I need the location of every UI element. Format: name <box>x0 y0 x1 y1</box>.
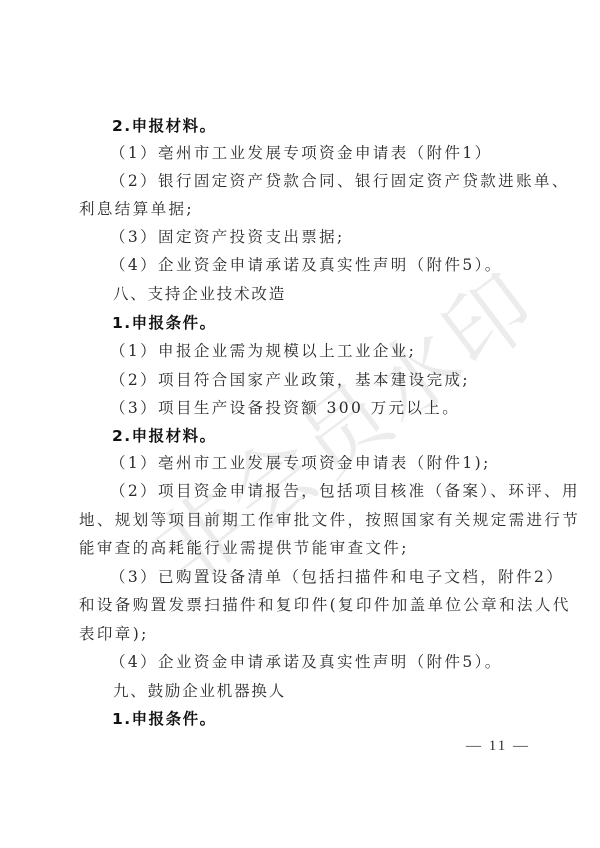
list-item: （3）已购置设备清单（包括扫描件和电子文档，附件2） <box>110 567 564 587</box>
list-item: （2）项目资金申请报告，包括项目核准（备案）、环评、用 <box>110 481 580 501</box>
list-item: （3）项目生产设备投资额 300 万元以上。 <box>110 398 460 418</box>
section-heading-8: 八、支持企业技术改造 <box>113 284 286 304</box>
list-item-continuation: 地、规划等项目前期工作审批文件，按照国家有关规定需进行节 <box>79 510 580 530</box>
section-heading-9: 九、鼓励企业机器换人 <box>113 681 286 701</box>
list-item: （1）亳州市工业发展专项资金申请表（附件1); <box>110 453 491 473</box>
list-item: （4）企业资金申请承诺及真实性声明（附件5）。 <box>110 255 503 275</box>
document-page: 非会员水印 2.申报材料。 （1）亳州市工业发展专项资金申请表（附件1） （2）… <box>0 0 600 848</box>
subheading-application-conditions: 1.申报条件。 <box>112 709 217 729</box>
list-item-continuation: 和设备购置发票扫描件和复印件(复印件加盖单位公章和法人代 <box>79 595 571 615</box>
list-item-continuation: 利息结算单据; <box>79 199 194 219</box>
subheading-application-materials: 2.申报材料。 <box>112 116 217 136</box>
list-item: （3）固定资产投资支出票据; <box>110 227 345 247</box>
list-item-continuation: 能审查的高耗能行业需提供节能审查文件; <box>79 538 409 558</box>
list-item: （2）项目符合国家产业政策，基本建设完成; <box>110 370 470 390</box>
list-item-continuation: 表印章); <box>79 624 149 644</box>
list-item: （4）企业资金申请承诺及真实性声明（附件5）。 <box>110 652 503 672</box>
subheading-application-conditions: 1.申报条件。 <box>112 313 217 333</box>
list-item: （1）亳州市工业发展专项资金申请表（附件1） <box>110 143 493 163</box>
page-number: — 11 — <box>466 738 530 755</box>
subheading-application-materials: 2.申报材料。 <box>112 426 217 446</box>
list-item: （1）申报企业需为规模以上工业企业; <box>110 341 416 361</box>
list-item: （2）银行固定资产贷款合同、银行固定资产贷款进账单、 <box>110 171 570 191</box>
